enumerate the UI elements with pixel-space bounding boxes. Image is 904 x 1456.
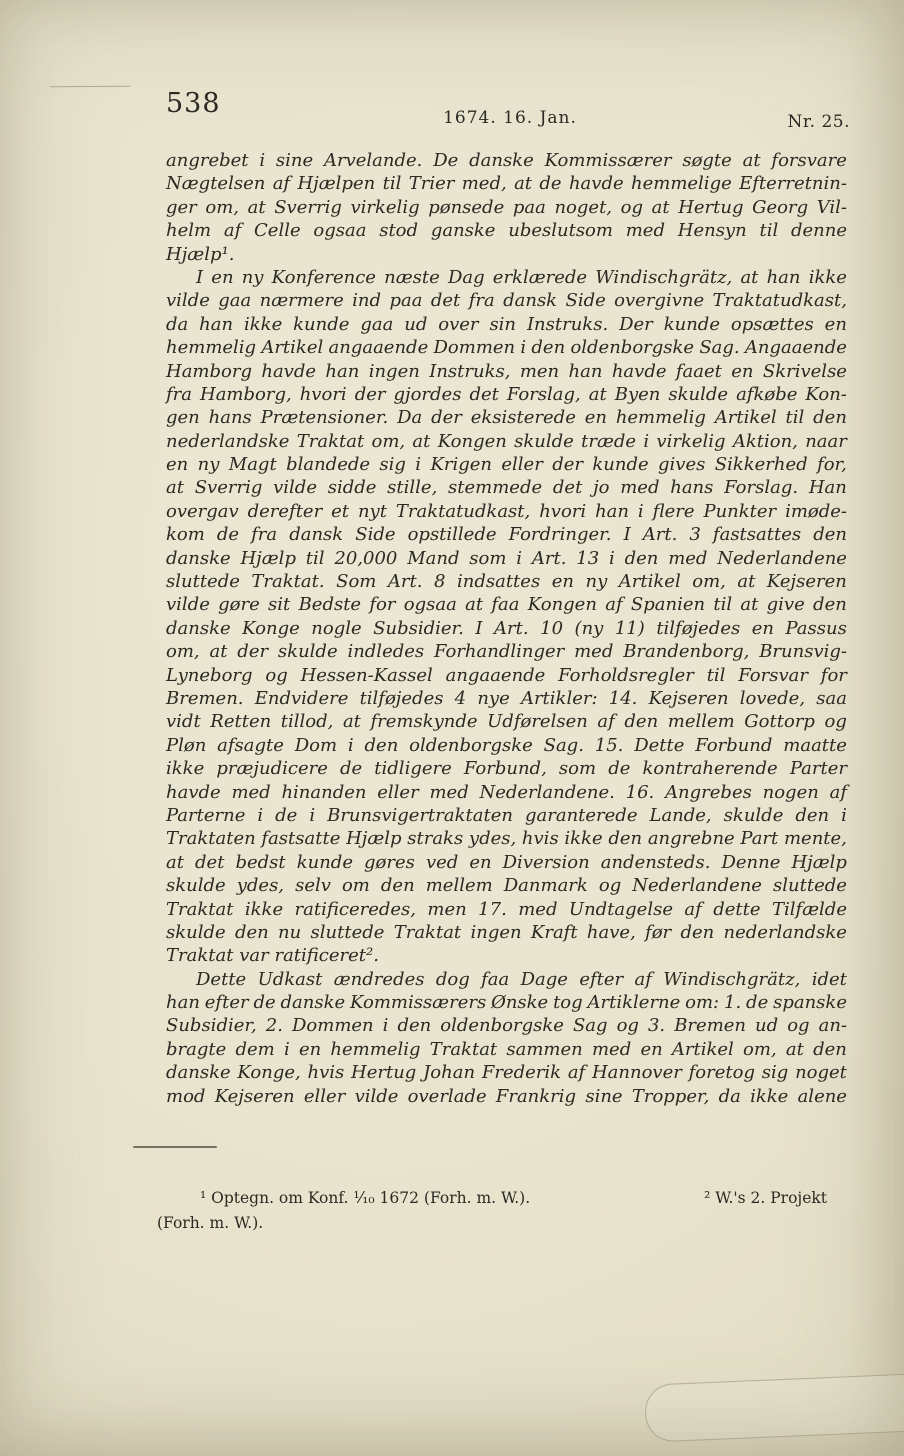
body-line: angrebetisineArvelande.DedanskeKommissær… <box>166 149 847 172</box>
body-line: skuldeydes,selvomdenmellemDanmarkogNeder… <box>166 874 847 897</box>
body-line: hanefterdedanskeKommissærersØnsketogArti… <box>166 991 847 1014</box>
body-line: atdetbedstkundegøresvedenDiversionandens… <box>166 851 847 874</box>
scanned-book-page: 538 1674. 16. Jan. Nr. 25. angrebetisine… <box>0 0 904 1456</box>
body-line: komdefradanskSideopstilledeFordringer.IA… <box>166 523 847 546</box>
body-line: ennyMagtblandedesigiKrigenellerderkundeg… <box>166 453 847 476</box>
body-line: HamborghavdehaningenInstruks,menhanhavde… <box>166 360 847 383</box>
body-line: hemmeligArtikelangaaendeDommenidenoldenb… <box>166 336 847 359</box>
footnote-2: ² W.'s 2. Projekt <box>704 1186 827 1211</box>
body-line: danskeKongenogleSubsidier.IArt.10(ny11)t… <box>166 617 847 640</box>
body-line: Traktatikkeratificeredes,men17.medUndtag… <box>166 898 847 921</box>
body-line: ikkepræjudiceredetidligereForbund,somdek… <box>166 757 847 780</box>
footnote-2-continuation: (Forh. m. W.). <box>157 1211 847 1236</box>
body-line: helmafCelleogsaastodganskeubeslutsommedH… <box>166 219 847 242</box>
body-line: danskeKonge,hvisHertugJohanFrederikafHan… <box>166 1061 847 1084</box>
scan-artifact-line <box>50 86 130 88</box>
body-line: LyneborgogHessen-KasselangaaendeForholds… <box>166 664 847 687</box>
body-line: vidtRettentillod,atfremskyndeUdførelsena… <box>166 710 847 733</box>
body-line: IennyKonferencenæsteDagerklæredeWindisch… <box>166 266 847 289</box>
body-line: modKejserenellervildeoverladeFrankrigsin… <box>166 1085 847 1108</box>
body-line: TraktatenfastsatteHjælpstraksydes,hvisik… <box>166 827 847 850</box>
body-line: Bremen.Endvideretilføjedes4nyeArtikler:1… <box>166 687 847 710</box>
body-line: om,atderskuldeindledesForhandlingermedBr… <box>166 640 847 663</box>
body-line: atSverrigvildesiddestille,stemmededetjom… <box>166 476 847 499</box>
body-line: skuldedennusluttedeTraktatingenKrafthave… <box>166 921 847 944</box>
body-line: havdemedhinandenellermedNederlandene.16.… <box>166 781 847 804</box>
body-line: Subsidier,2.DommenidenoldenborgskeSagog3… <box>166 1014 847 1037</box>
body-line: genhansPrætensioner.Dadereksisteredeenhe… <box>166 406 847 429</box>
body-line: overgavderefteretnytTraktatudkast,hvorih… <box>166 500 847 523</box>
body-line: sluttedeTraktat.SomArt.8indsattesennyArt… <box>166 570 847 593</box>
body-line: ParterneideiBrunsvigertraktatengarantere… <box>166 804 847 827</box>
body-line: dahanikkekundegaaudoversinInstruks.Derku… <box>166 313 847 336</box>
body-text: angrebetisineArvelande.DedanskeKommissær… <box>166 149 847 1108</box>
body-line: danskeHjælptil20,000MandsomiArt.13idenme… <box>166 547 847 570</box>
footnote-separator <box>133 1146 217 1148</box>
footnotes: ¹ Optegn. om Konf. ¹⁄₁₀ 1672 (Forh. m. W… <box>166 1186 847 1236</box>
body-line: nederlandskeTraktatom,atKongenskuldetræd… <box>166 430 847 453</box>
running-head-date: 1674. 16. Jan. <box>0 108 904 128</box>
body-line: vildegøresitBedsteforogsaaatfaaKongenafS… <box>166 593 847 616</box>
body-line: Traktatvarratificeret². <box>166 944 847 967</box>
body-line: gerom,atSverrigvirkeligpønsedepaanoget,o… <box>166 196 847 219</box>
scan-artifact-sticker-outline <box>644 1371 904 1442</box>
body-line: NægtelsenafHjælpentilTriermed,atdehavdeh… <box>166 172 847 195</box>
body-line: vildegaanærmereindpaadetfradanskSideover… <box>166 289 847 312</box>
body-line: bragtedemienhemmeligTraktatsammenmedenAr… <box>166 1038 847 1061</box>
footnote-1: ¹ Optegn. om Konf. ¹⁄₁₀ 1672 (Forh. m. W… <box>200 1186 530 1211</box>
body-line: PlønafsagteDomidenoldenborgskeSag.15.Det… <box>166 734 847 757</box>
body-line: DetteUdkastændredesdogfaaDageefterafWind… <box>166 968 847 991</box>
body-line: fraHamborg,hvoridergjordesdetForslag,atB… <box>166 383 847 406</box>
document-number: Nr. 25. <box>788 112 850 132</box>
footnote-row: ¹ Optegn. om Konf. ¹⁄₁₀ 1672 (Forh. m. W… <box>166 1186 847 1211</box>
body-line: Hjælp¹. <box>166 243 847 266</box>
